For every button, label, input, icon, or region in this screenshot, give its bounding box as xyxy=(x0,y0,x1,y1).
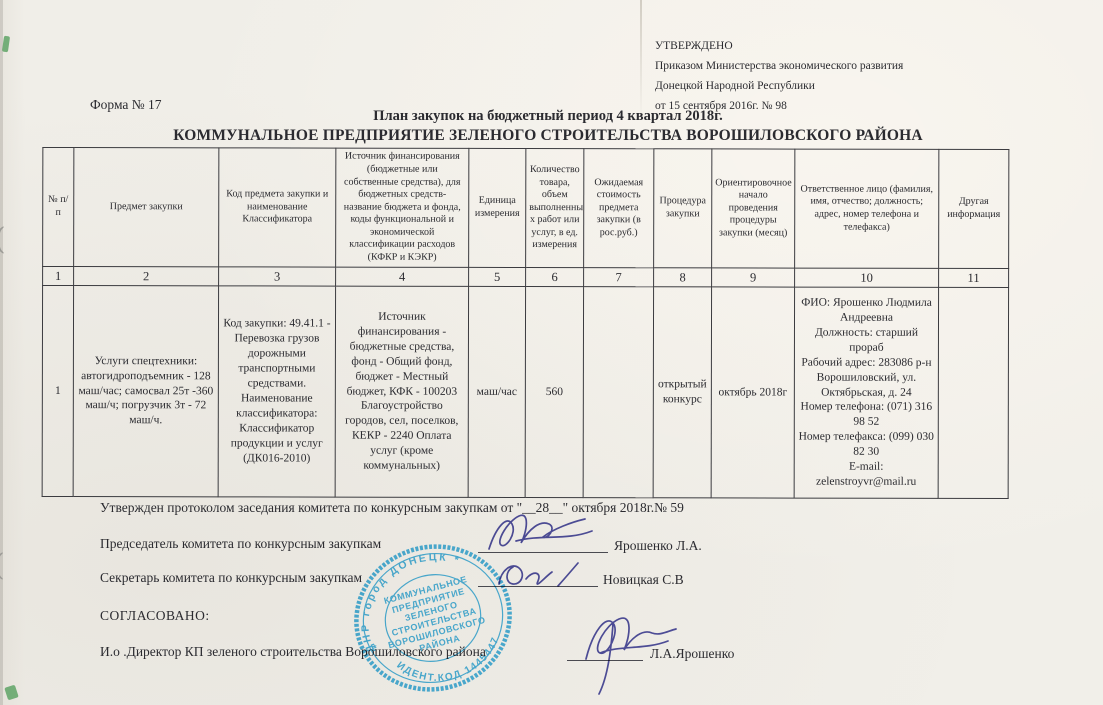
signatures-layer xyxy=(0,0,1103,705)
scanned-document: ( ( Форма № 17 УТВЕРЖДЕНО Приказом Минис… xyxy=(0,0,1103,705)
chairman-signature xyxy=(489,515,592,549)
secretary-signature xyxy=(499,563,578,586)
director-signature xyxy=(586,618,676,694)
